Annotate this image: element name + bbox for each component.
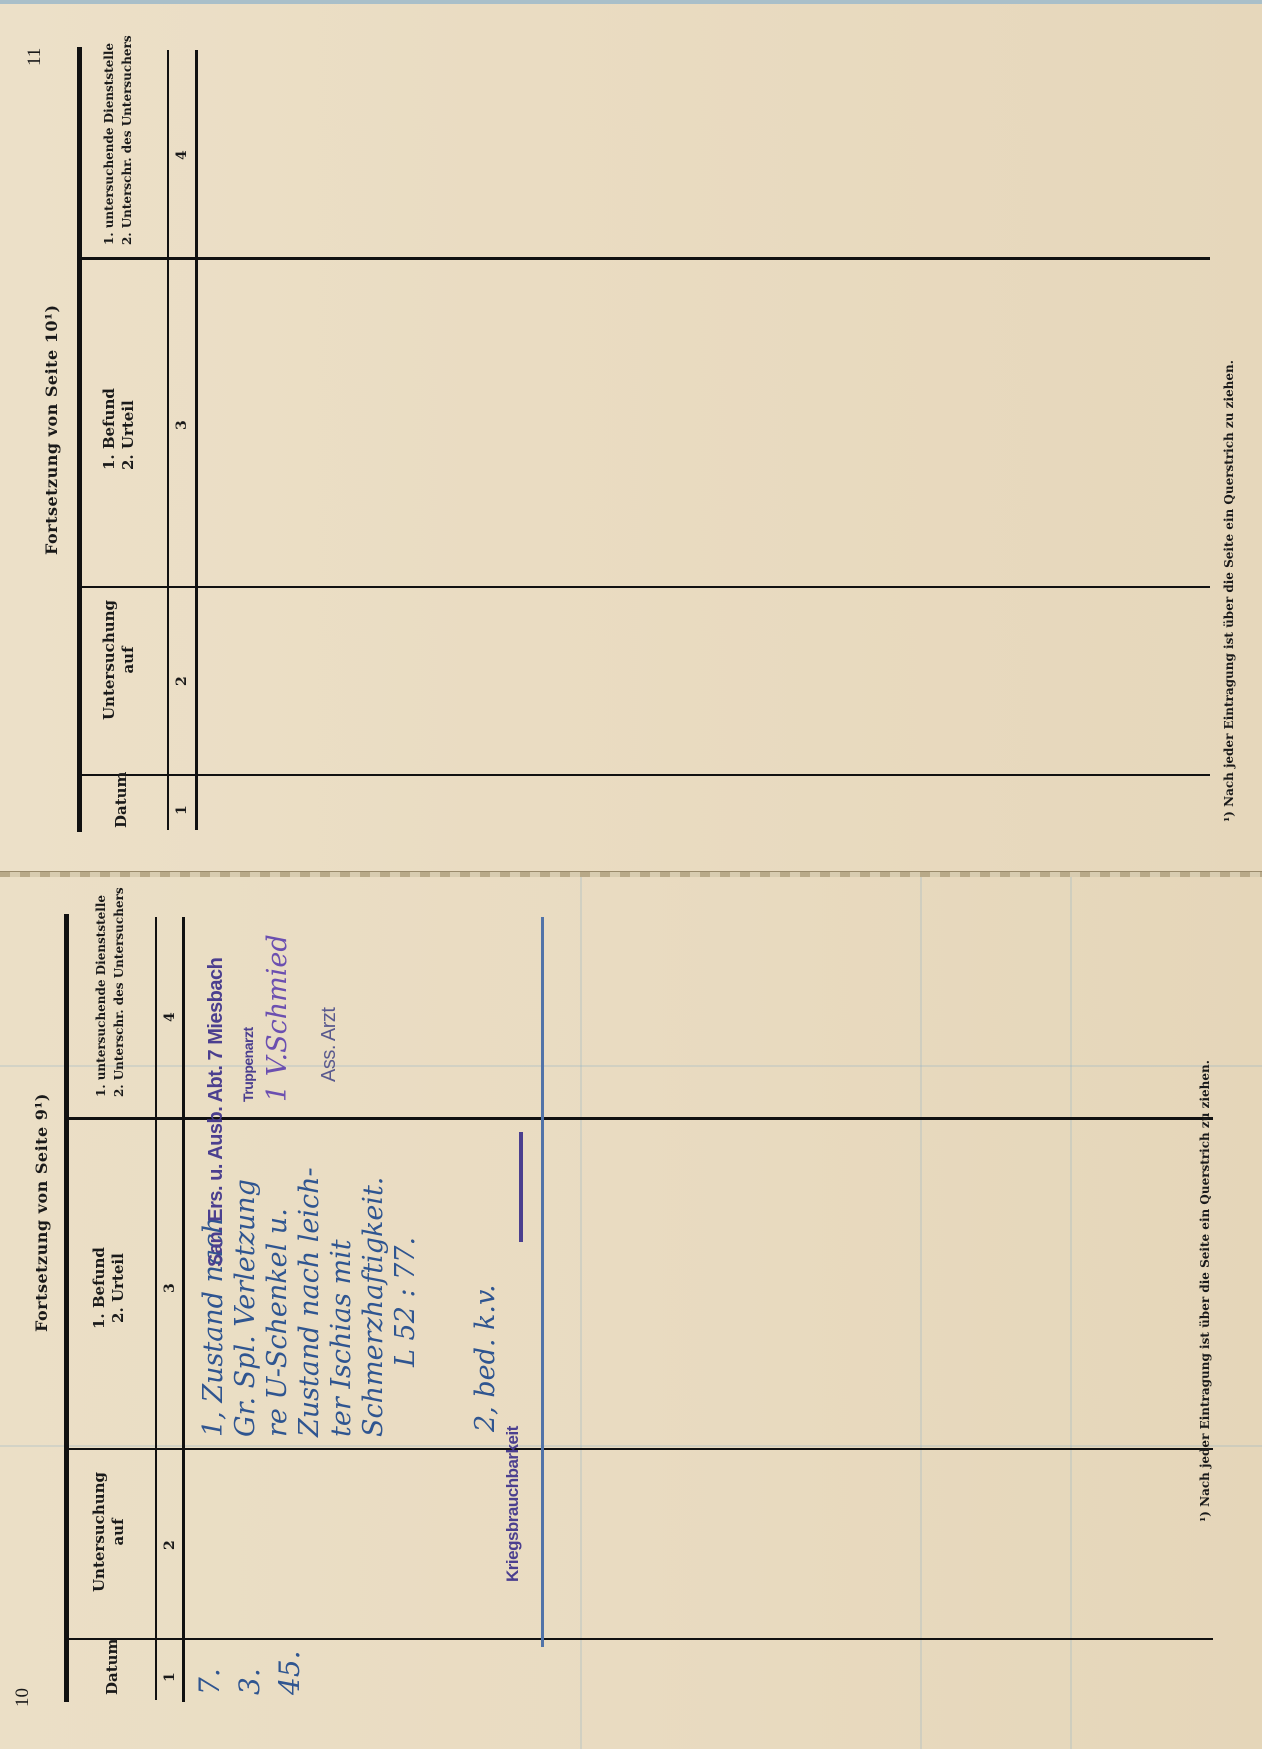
table-index-rule <box>167 50 169 830</box>
table-top-rule <box>64 914 69 1702</box>
page-title: Fortsetzung von Seite 9¹) <box>32 1093 51 1332</box>
column-header-4: 1. untersuchende Dienststelle 2. Untersc… <box>92 887 128 1097</box>
footnote: ¹) Nach jeder Eintragung ist über die Se… <box>1222 360 1236 822</box>
entry-finding: 1, Zustand nach Gr. Spl. Verletzung re U… <box>198 1167 422 1437</box>
column-divider-2 <box>68 1638 1213 1640</box>
bleed-through-line <box>0 1445 1262 1447</box>
column-divider-2 <box>80 774 1210 776</box>
page-10: 10 Fortsetzung von Seite 9¹) 1. untersuc… <box>0 877 1262 1749</box>
footnote: ¹) Nach jeder Eintragung ist über die Se… <box>1198 1060 1212 1522</box>
entry-date: 7. 3. 45. <box>190 1650 310 1695</box>
column-header-2: Untersuchung auf <box>100 595 138 725</box>
table-header-rule <box>182 917 185 1702</box>
stamp-unit: San. Ers. u. Ausb. Abt. 7 Miesbach <box>205 958 228 1267</box>
column-index-4: 4 <box>174 150 190 160</box>
column-divider-4 <box>68 1117 1213 1120</box>
table-header-rule <box>195 50 198 830</box>
signature-title-stamp: Ass. Arzt <box>318 1008 341 1082</box>
entry-judgement: 2, bed. k.v. <box>470 1284 502 1432</box>
column-header-1: Datum <box>112 772 131 828</box>
column-divider-4 <box>80 257 1210 260</box>
stamp-examination-type: Kriegsbrauchbarkeit <box>503 1426 523 1582</box>
book-edge-strip <box>0 0 1262 4</box>
bleed-through-line <box>580 877 582 1749</box>
column-index-1: 1 <box>162 1672 178 1682</box>
column-header-3: 1. Befund 2. Urteil <box>100 388 138 470</box>
column-header-3: 1. Befund 2. Urteil <box>90 1247 128 1329</box>
column-index-3: 3 <box>174 420 190 430</box>
column-header-4: 1. untersuchende Dienststelle 2. Untersc… <box>100 35 136 245</box>
column-header-1: Datum <box>103 1639 122 1695</box>
table-index-rule <box>155 917 157 1700</box>
column-divider-3 <box>80 586 1210 588</box>
page-number: 10 <box>12 1688 34 1707</box>
column-index-2: 2 <box>162 1540 178 1550</box>
page-11: 11 Fortsetzung von Seite 10¹) 1. untersu… <box>0 0 1262 873</box>
bleed-through-line <box>0 1065 1262 1067</box>
stamp-role: Truppenarzt <box>240 1027 256 1102</box>
column-index-3: 3 <box>162 1283 178 1293</box>
column-index-4: 4 <box>162 1012 178 1022</box>
page-title: Fortsetzung von Seite 10¹) <box>42 304 61 555</box>
signature: 1 V.Schmied <box>262 934 293 1102</box>
judgement-underline <box>519 1132 523 1242</box>
closing-cross-line <box>541 917 544 1647</box>
page-number: 11 <box>24 48 46 66</box>
column-divider-3 <box>68 1448 1213 1450</box>
column-header-2: Untersuchung auf <box>90 1467 128 1597</box>
table-top-rule <box>77 47 82 832</box>
column-index-1: 1 <box>174 805 190 815</box>
bleed-through-line <box>920 877 922 1749</box>
column-index-2: 2 <box>174 676 190 686</box>
bleed-through-line <box>1070 877 1072 1749</box>
